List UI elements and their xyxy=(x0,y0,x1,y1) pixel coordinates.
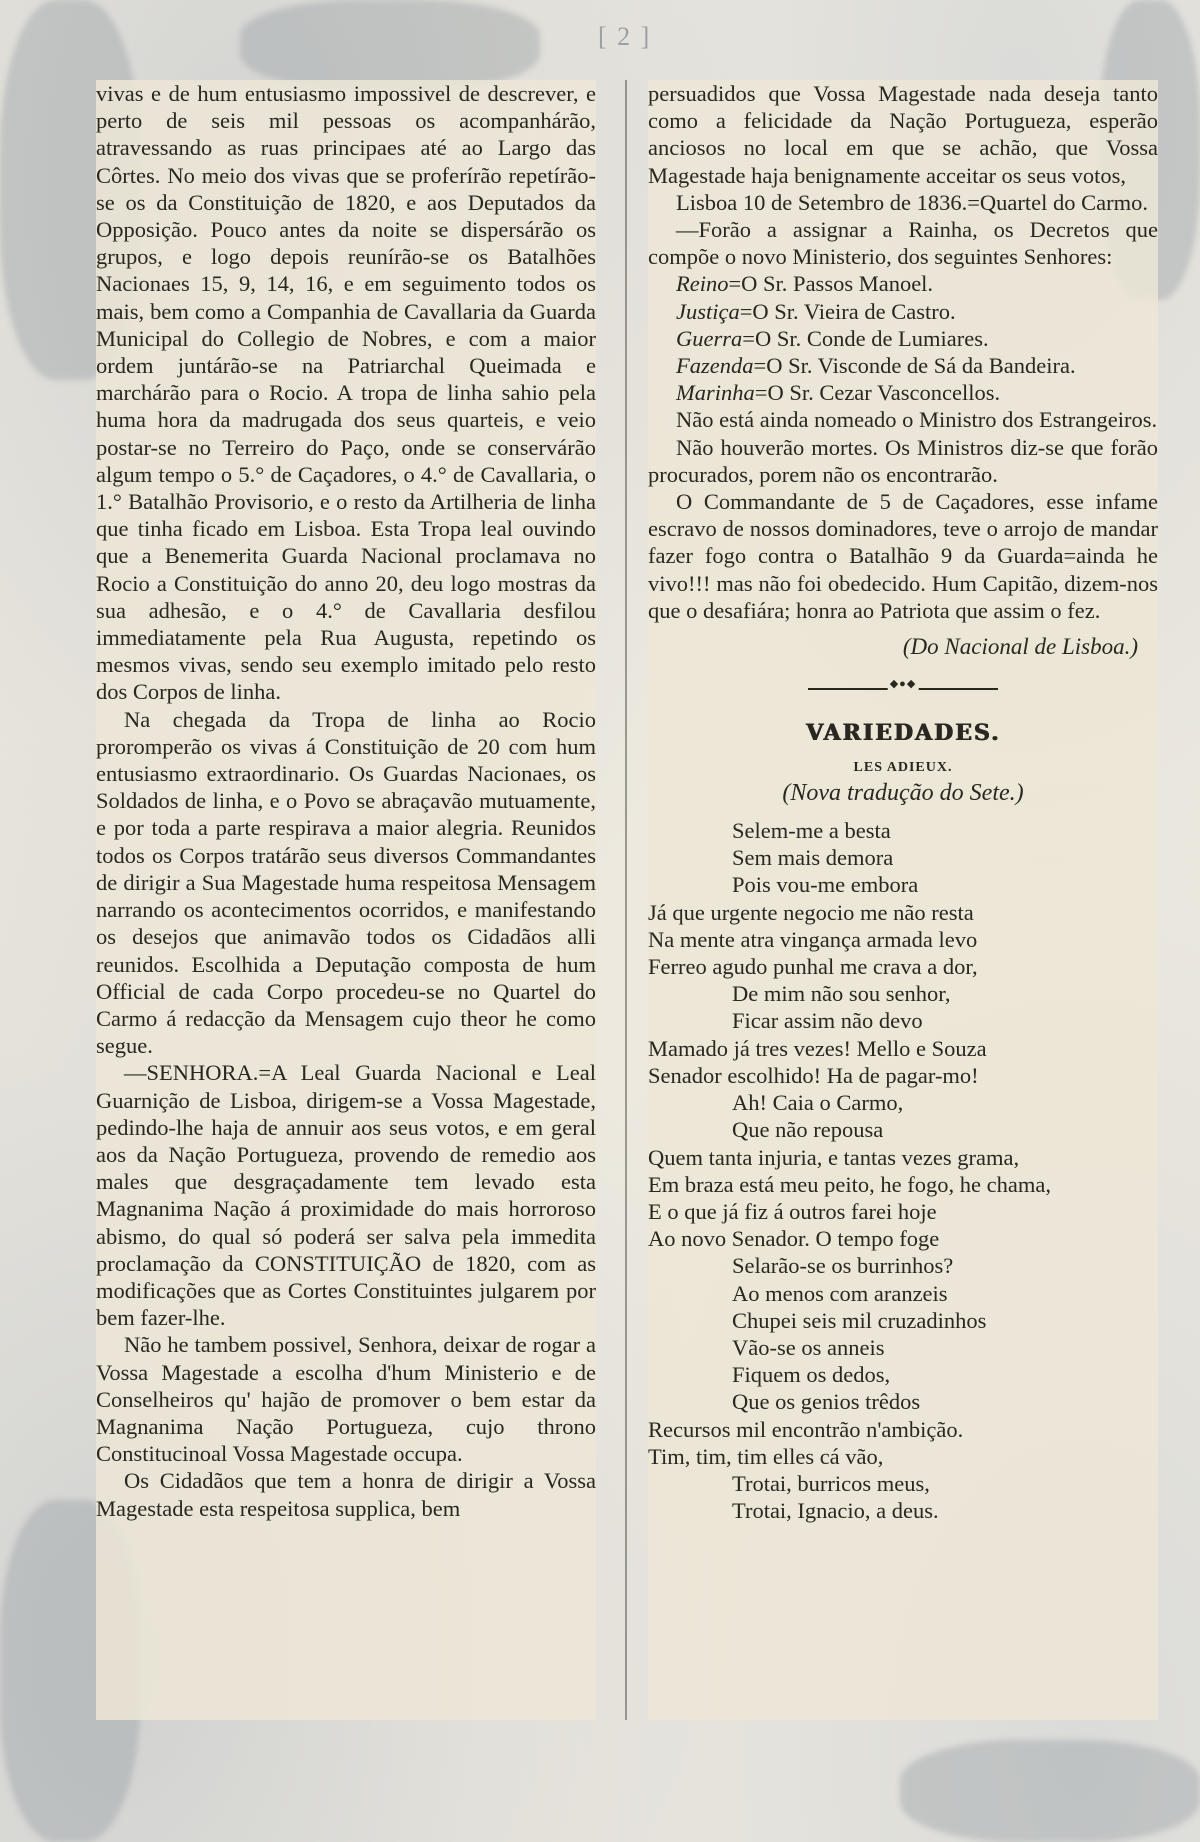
poem-line: Trotai, Ignacio, a deus. xyxy=(648,1497,1158,1524)
poem-line: Senador escolhido! Ha de pagar-mo! xyxy=(648,1062,1158,1089)
poem-line: Pois vou-me embora xyxy=(648,871,1158,898)
poem-line: Recursos mil encontrão n'ambição. xyxy=(648,1416,1158,1443)
ministry-item: Fazenda=O Sr. Visconde de Sá da Bandeira… xyxy=(648,352,1158,379)
ministry-office: Justiça xyxy=(676,299,740,324)
poem-line: Que os genios trêdos xyxy=(648,1388,1158,1415)
right-column: persuadidos que Vossa Magestade nada des… xyxy=(648,80,1158,1720)
poem-line: Ao menos com aranzeis xyxy=(648,1280,1158,1307)
newspaper-page: [ 2 ] vivas e de hum entusiasmo impossiv… xyxy=(0,0,1200,1842)
poem-title: LES ADIEUX. xyxy=(648,760,1158,776)
column-divider xyxy=(625,80,627,1720)
petition-paragraph: Os Cidadãos que tem a honra de dirigir a… xyxy=(96,1467,596,1521)
news-paragraph: —Forão a assignar a Rainha, os Decretos … xyxy=(648,216,1158,270)
poem-line: Quem tanta injuria, e tantas vezes grama… xyxy=(648,1144,1158,1171)
petition-paragraph: —SENHORA.=A Leal Guarda Nacional e Leal … xyxy=(96,1059,596,1331)
poem-line: Chupei seis mil cruzadinhos xyxy=(648,1307,1158,1334)
ministry-person: =O Sr. Conde de Lumiares. xyxy=(742,326,988,351)
ministry-item: Marinha=O Sr. Cezar Vasconcellos. xyxy=(648,379,1158,406)
water-stain xyxy=(240,0,540,90)
left-column: vivas e de hum entusiasmo impossivel de … xyxy=(96,80,596,1720)
poem-line: Ah! Caia o Carmo, xyxy=(648,1089,1158,1116)
ministry-office: Marinha xyxy=(676,380,755,405)
ministry-item: Reino=O Sr. Passos Manoel. xyxy=(648,270,1158,297)
poem-subtitle: (Nova tradução do Sete.) xyxy=(648,780,1158,807)
water-stain xyxy=(900,1740,1200,1842)
ministry-person: =O Sr. Passos Manoel. xyxy=(728,271,933,296)
ministry-office: Fazenda xyxy=(676,353,754,378)
poem-line: Que não repousa xyxy=(648,1116,1158,1143)
poem-line: Ficar assim não devo xyxy=(648,1007,1158,1034)
petition-paragraph: Não he tambem possivel, Senhora, deixar … xyxy=(96,1331,596,1467)
page-number: [ 2 ] xyxy=(598,22,651,52)
news-paragraph: Não houverão mortes. Os Ministros diz-se… xyxy=(648,434,1158,488)
ministry-item: Guerra=O Sr. Conde de Lumiares. xyxy=(648,325,1158,352)
article-paragraph: Na chegada da Tropa de linha ao Rocio pr… xyxy=(96,706,596,1060)
poem-line: Ferreo agudo punhal me crava a dor, xyxy=(648,953,1158,980)
section-title: VARIEDADES. xyxy=(648,720,1158,746)
poem-line: De mim não sou senhor, xyxy=(648,980,1158,1007)
poem-line: Já que urgente negocio me não resta xyxy=(648,899,1158,926)
ministry-item: Justiça=O Sr. Vieira de Castro. xyxy=(648,298,1158,325)
poem-line: Trotai, burricos meus, xyxy=(648,1470,1158,1497)
poem-line: Tim, tim, tim elles cá vão, xyxy=(648,1443,1158,1470)
poem-body: Selem-me a bestaSem mais demoraPois vou-… xyxy=(648,817,1158,1524)
ministry-office: Reino xyxy=(676,271,728,296)
poem-line: Fiquem os dedos, xyxy=(648,1361,1158,1388)
ministry-person: =O Sr. Visconde de Sá da Bandeira. xyxy=(754,353,1076,378)
ministry-person: =O Sr. Vieira de Castro. xyxy=(740,299,956,324)
news-paragraph: Não está ainda nomeado o Ministro dos Es… xyxy=(648,406,1158,433)
dateline: Lisboa 10 de Setembro de 1836.=Quartel d… xyxy=(648,189,1158,216)
poem-line: Ao novo Senador. O tempo foge xyxy=(648,1225,1158,1252)
poem-line: Vão-se os anneis xyxy=(648,1334,1158,1361)
petition-paragraph: persuadidos que Vossa Magestade nada des… xyxy=(648,80,1158,189)
ministry-office: Guerra xyxy=(676,326,742,351)
poem-line: Selem-me a besta xyxy=(648,817,1158,844)
poem-line: Sem mais demora xyxy=(648,844,1158,871)
ministry-person: =O Sr. Cezar Vasconcellos. xyxy=(755,380,1000,405)
poem-line: E o que já fiz á outros farei hoje xyxy=(648,1198,1158,1225)
article-paragraph: vivas e de hum entusiasmo impossivel de … xyxy=(96,80,596,706)
ministry-list: Reino=O Sr. Passos Manoel. Justiça=O Sr.… xyxy=(648,270,1158,406)
ornamental-divider xyxy=(808,684,998,694)
poem-line: Na mente atra vingança armada levo xyxy=(648,926,1158,953)
source-attribution: (Do Nacional de Lisboa.) xyxy=(648,632,1138,662)
poem-line: Em braza está meu peito, he fogo, he cha… xyxy=(648,1171,1158,1198)
poem-line: Selarão-se os burrinhos? xyxy=(648,1252,1158,1279)
news-paragraph: O Commandante de 5 de Caçadores, esse in… xyxy=(648,488,1158,624)
poem-line: Mamado já tres vezes! Mello e Souza xyxy=(648,1035,1158,1062)
